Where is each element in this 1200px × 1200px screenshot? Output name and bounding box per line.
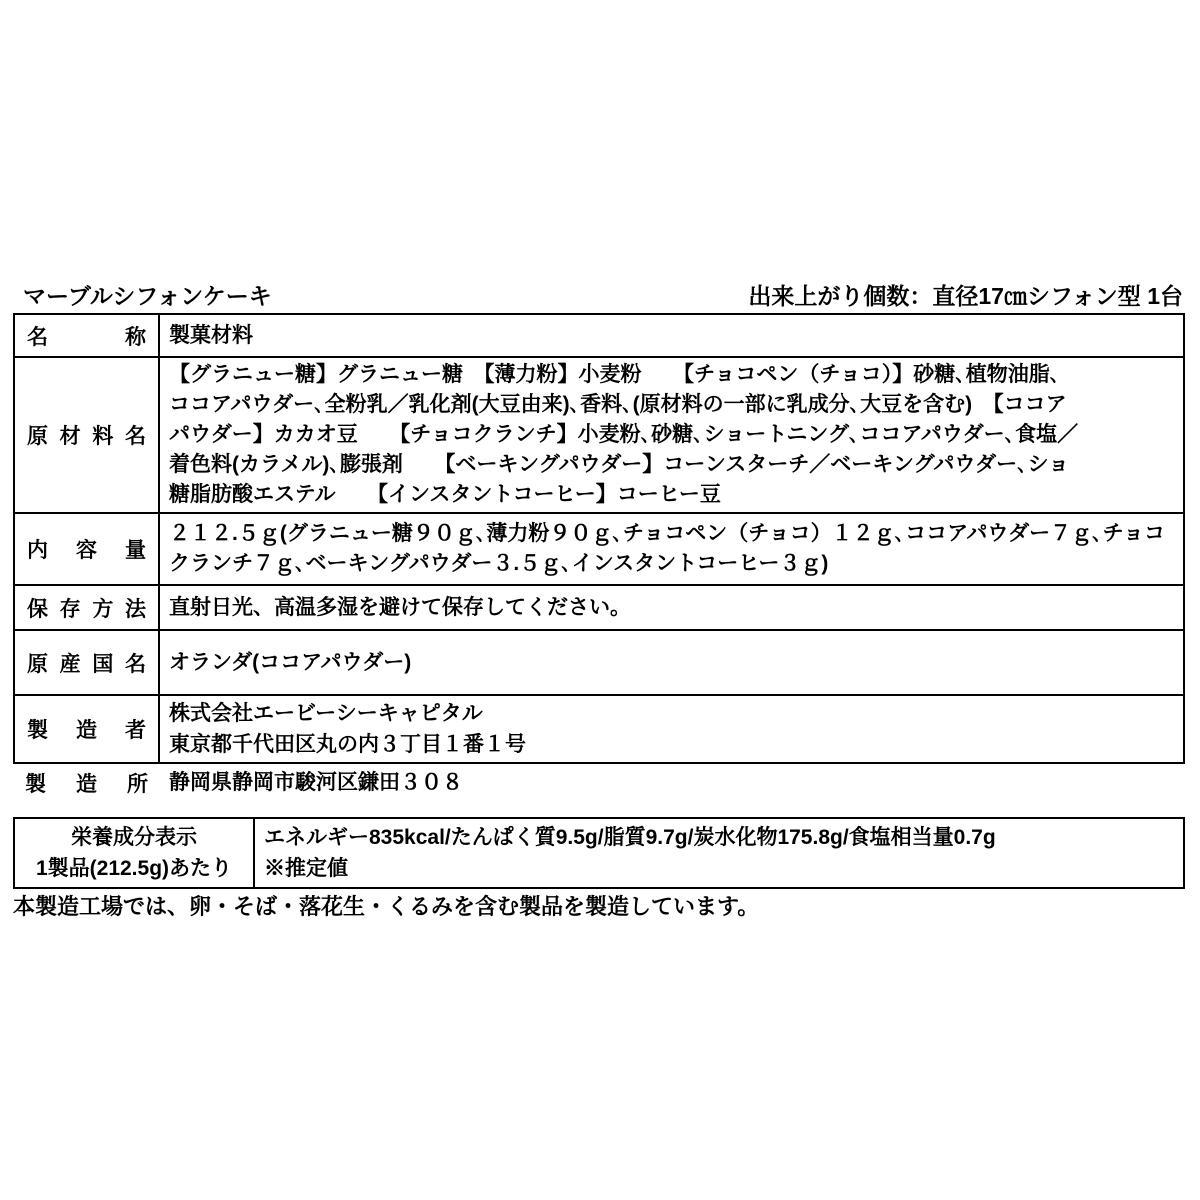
label-storage-method: 保存方法: [15, 586, 160, 629]
label-product-name: 名称: [15, 315, 160, 356]
label-text: 名称: [27, 321, 146, 351]
label-text: 内容量: [27, 534, 146, 564]
row-manufacturer: 製造者 株式会社エービーシーキャピタル 東京都千代田区丸の内３丁目１番１号: [15, 696, 1183, 762]
nutrition-title: 栄養成分表示: [17, 822, 251, 853]
nutrition-table: 栄養成分表示 1製品(212.5g)あたり エネルギー835kcal/たんぱく質…: [13, 817, 1185, 889]
nutrition-serving: 1製品(212.5g)あたり: [17, 853, 251, 884]
label-text: 保存方法: [27, 593, 146, 623]
row-product-name: 名称 製菓材料: [15, 315, 1183, 358]
label-factory: 製造所: [13, 768, 160, 798]
row-ingredients: 原材料名 【グラニュー糖】グラニュー糖 【薄力粉】小麦粉 【チョコペン（チョコ）…: [15, 358, 1183, 514]
label-net-contents: 内容量: [15, 514, 160, 584]
nutrition-values: エネルギー835kcal/たんぱく質9.5g/脂質9.7g/炭水化物175.8g…: [264, 822, 1174, 853]
nutrition-values-cell: エネルギー835kcal/たんぱく質9.5g/脂質9.7g/炭水化物175.8g…: [255, 819, 1183, 887]
label-country-of-origin: 原産国名: [15, 631, 160, 694]
row-net-contents: 内容量 ２１２.５ｇ(グラニュー糖９０ｇ､薄力粉９０ｇ､チョコペン（チョコ）１２…: [15, 514, 1183, 586]
label-text: 製造者: [27, 714, 146, 744]
row-factory: 製造所 静岡県静岡市駿河区鎌田３０８: [13, 765, 1185, 800]
header-row: マーブルシフォンケーキ 出来上がり個数：直径17㎝シフォン型 1台: [23, 282, 1183, 310]
food-label-page: マーブルシフォンケーキ 出来上がり個数：直径17㎝シフォン型 1台 名称 製菓材…: [0, 0, 1200, 1200]
label-text: 原材料名: [27, 420, 146, 450]
row-country-of-origin: 原産国名 オランダ(ココアパウダー): [15, 631, 1183, 696]
nutrition-header-cell: 栄養成分表示 1製品(212.5g)あたり: [15, 819, 255, 887]
value-manufacturer: 株式会社エービーシーキャピタル 東京都千代田区丸の内３丁目１番１号: [160, 696, 1183, 762]
label-ingredients: 原材料名: [15, 358, 160, 512]
page-title: マーブルシフォンケーキ: [23, 282, 272, 310]
row-storage-method: 保存方法 直射日光、高温多湿を避けて保存してください。: [15, 586, 1183, 631]
value-storage-method: 直射日光、高温多湿を避けて保存してください。: [160, 591, 1183, 625]
yield-info: 出来上がり個数：直径17㎝シフォン型 1台: [748, 282, 1183, 310]
value-factory: 静岡県静岡市駿河区鎌田３０８: [160, 768, 1185, 798]
value-ingredients: 【グラニュー糖】グラニュー糖 【薄力粉】小麦粉 【チョコペン（チョコ）】砂糖､植…: [160, 358, 1183, 512]
label-content: マーブルシフォンケーキ 出来上がり個数：直径17㎝シフォン型 1台 名称 製菓材…: [13, 282, 1185, 922]
value-product-name: 製菓材料: [160, 319, 1183, 353]
value-net-contents: ２１２.５ｇ(グラニュー糖９０ｇ､薄力粉９０ｇ､チョコペン（チョコ）１２ｇ､ココ…: [160, 517, 1183, 581]
label-text: 製造所: [25, 768, 148, 798]
label-manufacturer: 製造者: [15, 696, 160, 762]
nutrition-note: ※推定値: [264, 853, 1174, 884]
spec-table: 名称 製菓材料 原材料名 【グラニュー糖】グラニュー糖 【薄力粉】小麦粉 【チョ…: [13, 313, 1185, 764]
label-text: 原産国名: [27, 648, 146, 678]
allergen-notice: 本製造工場では、卵・そば・落花生・くるみを含む製品を製造しています。: [13, 892, 1185, 922]
value-country-of-origin: オランダ(ココアパウダー): [160, 646, 1183, 680]
